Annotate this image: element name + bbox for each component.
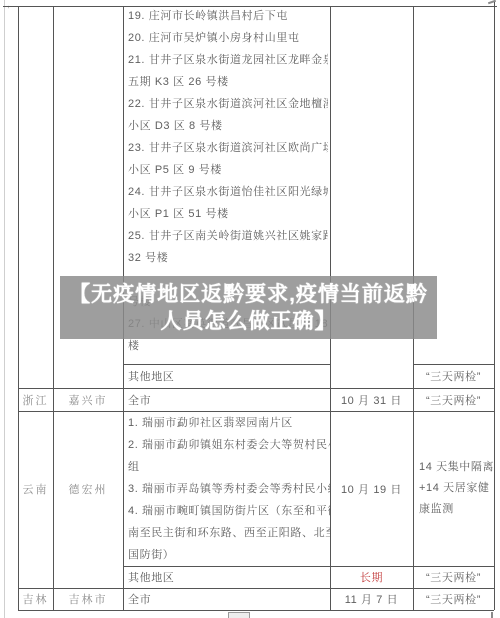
watermark-line1: 【无疫情地区返黔要求,疫情当前返黔 <box>60 281 437 308</box>
risk-area-list-block3: 1. 瑞丽市勐卯社区翡翠园南片区 2. 瑞丽市勐卯镇姐东村委会大等贺村民小 组 … <box>128 412 330 566</box>
page-edge-line <box>4 0 5 618</box>
risk-area-line: 小区 D3 区 8 号楼 <box>128 115 328 137</box>
risk-area-line: 4. 瑞丽市畹町镇国防街片区（东至和平街、 <box>128 500 330 522</box>
risk-area-line: 23. 甘井子区泉水街道滨河社区欧尚广场 <box>128 137 328 159</box>
table-border <box>18 610 494 611</box>
table-border <box>494 2 495 610</box>
measure-line: 康监测 <box>419 499 494 520</box>
risk-area-line: 小区 P1 区 51 号楼 <box>128 203 328 225</box>
date-cell-longterm: 长期 <box>330 566 413 588</box>
risk-area-line: 19. 庄河市长岭镇洪昌村后下屯 <box>128 5 328 27</box>
measure-cell: “三天两检” <box>413 588 494 610</box>
city-cell: 德宏州 <box>53 411 123 566</box>
city-cell: 吉林市 <box>53 588 123 610</box>
province-cell: 浙江 <box>18 388 53 411</box>
risk-area-line: 25. 甘井子区南关岭街道姚兴社区姚家路 <box>128 225 328 247</box>
province-cell: 吉林 <box>18 588 53 610</box>
risk-area-line: 3. 瑞丽市弄岛镇等秀村委会等秀村民小组 <box>128 478 330 500</box>
page-footer-box <box>228 612 250 618</box>
date-cell: 10 月 19 日 <box>330 411 413 566</box>
scan-artifact-topleft: , <box>7 0 10 10</box>
watermark-overlay: 【无疫情地区返黔要求,疫情当前返黔 人员怎么做正确】 <box>60 276 437 339</box>
measure-line: +14 天居家健 <box>419 478 494 499</box>
watermark-line2: 人员怎么做正确】 <box>60 308 437 335</box>
measure-cell: “三天两检” <box>413 388 494 411</box>
area-cell: 全市 <box>128 388 328 411</box>
measure-cell: “三天两检” <box>413 566 494 588</box>
measure-cell-multiline: 14 天集中隔离 +14 天居家健 康监测 <box>419 457 494 520</box>
risk-area-line: 组 <box>128 456 330 478</box>
risk-area-line: 五期 K3 区 26 号楼 <box>128 71 328 93</box>
province-cell: 云南 <box>18 411 53 566</box>
scan-artifact-bottomright <box>491 612 493 618</box>
risk-area-line: 2. 瑞丽市勐卯镇姐东村委会大等贺村民小 <box>128 434 330 456</box>
area-cell: 全市 <box>128 588 328 610</box>
measure-line: 14 天集中隔离 <box>419 457 494 478</box>
city-cell: 嘉兴市 <box>53 388 123 411</box>
risk-area-line: 22. 甘井子区泉水街道滨河社区金地檀溪 <box>128 93 328 115</box>
risk-area-line: 国防街） <box>128 544 330 566</box>
risk-area-line: 21. 甘井子区泉水街道龙园社区龙畔金泉 <box>128 49 328 71</box>
risk-area-line: 20. 庄河市吴炉镇小房身村山里屯 <box>128 27 328 49</box>
risk-area-line: 32 号楼 <box>128 247 328 269</box>
measure-cell: “三天两检” <box>413 364 494 388</box>
date-cell: 10 月 31 日 <box>330 388 413 411</box>
risk-area-line: 24. 甘井子区泉水街道怡佳社区阳光绿城 <box>128 181 328 203</box>
other-area-label: 其他地区 <box>128 364 328 388</box>
date-cell: 11 月 7 日 <box>330 588 413 610</box>
other-area-label: 其他地区 <box>128 566 328 588</box>
risk-area-line: 1. 瑞丽市勐卯社区翡翠园南片区 <box>128 412 330 434</box>
document-page: , 19. 庄河市长岭镇洪昌村后下屯 20. 庄河市吴炉镇小房身村山里屯 21.… <box>0 0 500 618</box>
risk-area-line: 小区 P5 区 9 号楼 <box>128 159 328 181</box>
risk-area-line: 南至民主街和环东路、西至正阳路、北至 <box>128 522 330 544</box>
